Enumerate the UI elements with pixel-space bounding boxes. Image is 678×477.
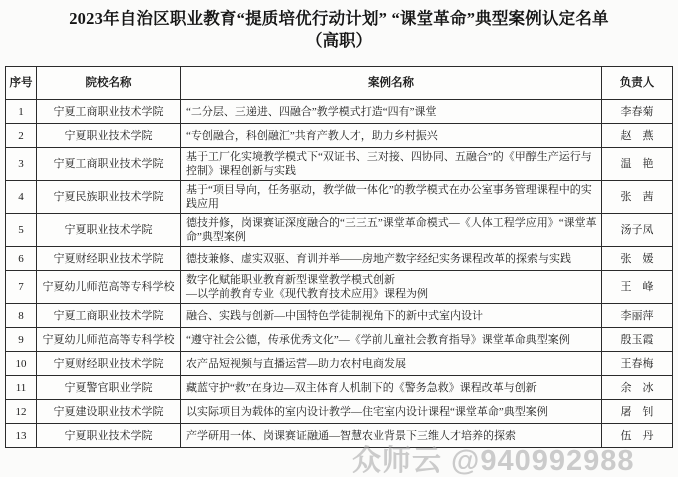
row-case-name: 藏蓝守护“救”在身边—双主体育人机制下的《警务急救》课程改革与创新 <box>181 376 602 400</box>
row-serial-number: 5 <box>6 214 37 247</box>
cases-table-body: 1宁夏工商职业技术学院“二分层、三递进、四融合”教学模式打造“四有”课堂李春菊2… <box>6 100 673 448</box>
row-school-name: 宁夏民族职业技术学院 <box>37 181 181 214</box>
table-row: 7宁夏幼儿师范高等专科学校数字化赋能职业教育新型课堂教学模式创新 —以学前教育专… <box>6 271 673 304</box>
row-person-in-charge: 王 峰 <box>602 271 673 304</box>
table-row: 8宁夏工商职业技术学院融合、实践与创新—中国特色学徒制视角下的新中式室内设计李丽… <box>6 304 673 328</box>
table-row: 2宁夏职业技术学院“专创融合，科创融汇”共育产教人才，助力乡村振兴赵 燕 <box>6 124 673 148</box>
row-serial-number: 3 <box>6 148 37 181</box>
header-row: 序号 院校名称 案例名称 负责人 <box>6 67 673 100</box>
header-case-name: 案例名称 <box>181 67 602 100</box>
row-school-name: 宁夏幼儿师范高等专科学校 <box>37 271 181 304</box>
row-case-name: “专创融合，科创融汇”共育产教人才，助力乡村振兴 <box>181 124 602 148</box>
table-row: 1宁夏工商职业技术学院“二分层、三递进、四融合”教学模式打造“四有”课堂李春菊 <box>6 100 673 124</box>
row-school-name: 宁夏职业技术学院 <box>37 424 181 448</box>
header-person-in-charge: 负责人 <box>602 67 673 100</box>
row-person-in-charge: 余 冰 <box>602 376 673 400</box>
row-school-name: 宁夏幼儿师范高等专科学校 <box>37 328 181 352</box>
row-school-name: 宁夏财经职业技术学院 <box>37 247 181 271</box>
row-case-name: 数字化赋能职业教育新型课堂教学模式创新 —以学前教育专业《现代教育技术应用》课程… <box>181 271 602 304</box>
row-case-name: “遵守社会公德，传承优秀文化”—《学前儿童社会教育指导》课堂革命典型案例 <box>181 328 602 352</box>
row-person-in-charge: 赵 燕 <box>602 124 673 148</box>
row-person-in-charge: 李春菊 <box>602 100 673 124</box>
row-school-name: 宁夏职业技术学院 <box>37 214 181 247</box>
row-person-in-charge: 李丽萍 <box>602 304 673 328</box>
table-row: 11宁夏警官职业学院藏蓝守护“救”在身边—双主体育人机制下的《警务急救》课程改革… <box>6 376 673 400</box>
row-serial-number: 13 <box>6 424 37 448</box>
row-person-in-charge: 汤子凤 <box>602 214 673 247</box>
row-person-in-charge: 屠 钊 <box>602 400 673 424</box>
row-case-name: 基于“项目导向，任务驱动，教学做一体化”的教学模式在办公室事务管理课程中的实践应… <box>181 181 602 214</box>
row-case-name: 德技并修，岗课赛证深度融合的“三三五”课堂革命模式—《人体工程学应用》“课堂革命… <box>181 214 602 247</box>
row-case-name: 德技兼修、虚实双驱、育训并举——房地产数字经纪实务课程改革的探索与实践 <box>181 247 602 271</box>
table-row: 5宁夏职业技术学院德技并修，岗课赛证深度融合的“三三五”课堂革命模式—《人体工程… <box>6 214 673 247</box>
row-case-name: 基于工厂化实境教学模式下“双证书、三对接、四协同、五融合”的《甲醇生产运行与控制… <box>181 148 602 181</box>
row-person-in-charge: 张 茜 <box>602 181 673 214</box>
row-serial-number: 1 <box>6 100 37 124</box>
table-row: 12宁夏建设职业技术学院以实际项目为载体的室内设计教学—住宅室内设计课程“课堂革… <box>6 400 673 424</box>
row-person-in-charge: 温 艳 <box>602 148 673 181</box>
row-school-name: 宁夏工商职业技术学院 <box>37 304 181 328</box>
header-school-name: 院校名称 <box>37 67 181 100</box>
title-line-1: 2023年自治区职业教育“提质培优行动计划” “课堂革命”典型案例认定名单 <box>0 8 678 29</box>
row-school-name: 宁夏职业技术学院 <box>37 124 181 148</box>
row-school-name: 宁夏工商职业技术学院 <box>37 100 181 124</box>
table-row: 6宁夏财经职业技术学院德技兼修、虚实双驱、育训并举——房地产数字经纪实务课程改革… <box>6 247 673 271</box>
row-school-name: 宁夏警官职业学院 <box>37 376 181 400</box>
row-school-name: 宁夏建设职业技术学院 <box>37 400 181 424</box>
row-person-in-charge: 张 媛 <box>602 247 673 271</box>
row-person-in-charge: 殷玉霞 <box>602 328 673 352</box>
row-serial-number: 11 <box>6 376 37 400</box>
title-line-2: （高职） <box>0 30 678 51</box>
row-case-name: 融合、实践与创新—中国特色学徒制视角下的新中式室内设计 <box>181 304 602 328</box>
row-serial-number: 8 <box>6 304 37 328</box>
row-serial-number: 4 <box>6 181 37 214</box>
row-case-name: “二分层、三递进、四融合”教学模式打造“四有”课堂 <box>181 100 602 124</box>
row-serial-number: 12 <box>6 400 37 424</box>
table-row: 13宁夏职业技术学院产学研用一体、岗课赛证融通—智慧农业背景下三维人才培养的探索… <box>6 424 673 448</box>
row-serial-number: 6 <box>6 247 37 271</box>
row-serial-number: 2 <box>6 124 37 148</box>
cases-table: 序号 院校名称 案例名称 负责人 1宁夏工商职业技术学院“二分层、三递进、四融合… <box>5 66 673 448</box>
row-school-name: 宁夏财经职业技术学院 <box>37 352 181 376</box>
row-case-name: 农产品短视频与直播运营—助力农村电商发展 <box>181 352 602 376</box>
row-serial-number: 7 <box>6 271 37 304</box>
row-serial-number: 10 <box>6 352 37 376</box>
row-case-name: 以实际项目为载体的室内设计教学—住宅室内设计课程“课堂革命”典型案例 <box>181 400 602 424</box>
row-school-name: 宁夏工商职业技术学院 <box>37 148 181 181</box>
row-case-name: 产学研用一体、岗课赛证融通—智慧农业背景下三维人才培养的探索 <box>181 424 602 448</box>
table-row: 3宁夏工商职业技术学院基于工厂化实境教学模式下“双证书、三对接、四协同、五融合”… <box>6 148 673 181</box>
row-person-in-charge: 伍 丹 <box>602 424 673 448</box>
cases-table-header: 序号 院校名称 案例名称 负责人 <box>6 67 673 100</box>
document-title: 2023年自治区职业教育“提质培优行动计划” “课堂革命”典型案例认定名单 （高… <box>0 0 678 51</box>
row-serial-number: 9 <box>6 328 37 352</box>
table-row: 9宁夏幼儿师范高等专科学校“遵守社会公德，传承优秀文化”—《学前儿童社会教育指导… <box>6 328 673 352</box>
document-page: 2023年自治区职业教育“提质培优行动计划” “课堂革命”典型案例认定名单 （高… <box>0 0 678 477</box>
table-row: 10宁夏财经职业技术学院农产品短视频与直播运营—助力农村电商发展王春梅 <box>6 352 673 376</box>
header-serial-number: 序号 <box>6 67 37 100</box>
table-row: 4宁夏民族职业技术学院基于“项目导向，任务驱动，教学做一体化”的教学模式在办公室… <box>6 181 673 214</box>
row-person-in-charge: 王春梅 <box>602 352 673 376</box>
